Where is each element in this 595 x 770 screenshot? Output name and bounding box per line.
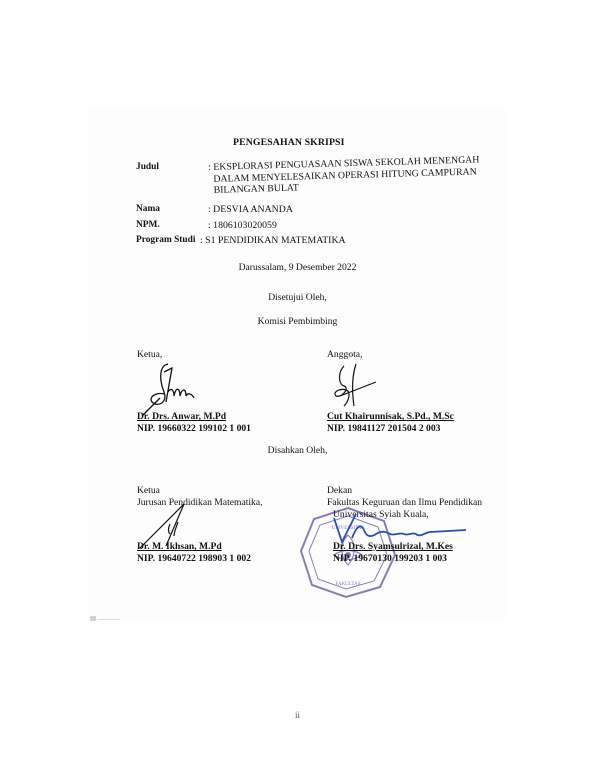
signature-anwar-icon (138, 362, 208, 418)
supervisor-2-role: Anggota, (327, 349, 362, 360)
signature-khairunnisak-icon (330, 362, 380, 412)
judul-label: Judul (136, 162, 159, 173)
supervisor-1-role: Ketua, (137, 349, 162, 360)
page-number: ii (0, 710, 595, 720)
svg-text:FAKULTAS: FAKULTAS (336, 582, 361, 587)
official-1-name: Dr. M. Ikhsan, M.Pd (137, 541, 222, 552)
npm-value: : 1806103020059 (208, 220, 277, 231)
official-2-faculty: Fakultas Keguruan dan Ilmu Pendidikan (327, 497, 482, 508)
approved-by: Disetujui Oleh, (0, 292, 595, 303)
npm-label: NPM. (136, 220, 160, 231)
ratified-by: Disahkan Oleh, (0, 445, 595, 456)
official-2-role: Dekan (327, 485, 352, 496)
committee-label: Komisi Pembimbing (0, 316, 595, 327)
supervisor-2-nip: NIP. 19841127 201504 2 003 (327, 423, 440, 434)
supervisor-1-name: Dr. Drs. Anwar, M.Pd (137, 411, 226, 422)
supervisor-1-nip: NIP. 19660322 199102 1 001 (137, 423, 251, 434)
scan-marker-line (98, 619, 120, 620)
official-1-role: Ketua (137, 485, 160, 496)
nama-label: Nama (136, 204, 160, 215)
prodi-label: Program Studi (136, 235, 195, 246)
supervisor-2-name: Cut Khairunnisak, S.Pd., M.Sc (327, 411, 454, 422)
place-date: Darussalam, 9 Desember 2022 (0, 262, 595, 273)
official-2-nip: NIP. 19670130 199203 1 003 (333, 553, 447, 564)
nama-value: : DESVIA ANANDA (208, 204, 293, 215)
page-title: PENGESAHAN SKRIPSI (233, 137, 345, 148)
prodi-value: : S1 PENDIDIKAN MATEMATIKA (200, 235, 346, 246)
scan-marker-icon (90, 616, 96, 621)
official-1-nip: NIP. 19640722 198903 1 002 (137, 553, 251, 564)
official-2-name: Dr. Drs. Syamsulrizal, M.Kes (333, 541, 453, 552)
